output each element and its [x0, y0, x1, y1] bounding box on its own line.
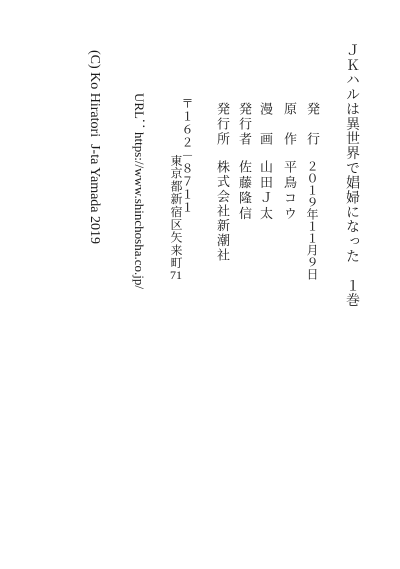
- publisher-address: 東京都新宿区矢来町71: [158, 95, 194, 281]
- copyright-notice: (C) Ko Hiratori J-ta Yamada 2019: [87, 50, 101, 244]
- colophon-page: ＪＫハルは異世界で娼婦になった １巻 発 行２０１９年１１月９日 原 作平鳥コウ…: [0, 0, 400, 569]
- publisher-url: URL：https://www.shinchosha.co.jp/: [133, 93, 146, 289]
- book-title: ＪＫハルは異世界で娼婦になった １巻: [344, 43, 358, 308]
- publisher-company-value: 株式会社新潮社: [215, 160, 230, 263]
- address-street: 東京都新宿区矢来町: [169, 154, 183, 269]
- publisher-company-row: 発行所株式会社新潮社: [203, 42, 242, 263]
- publisher-company-label: 発行所: [215, 102, 230, 147]
- address-number: 71: [169, 269, 183, 281]
